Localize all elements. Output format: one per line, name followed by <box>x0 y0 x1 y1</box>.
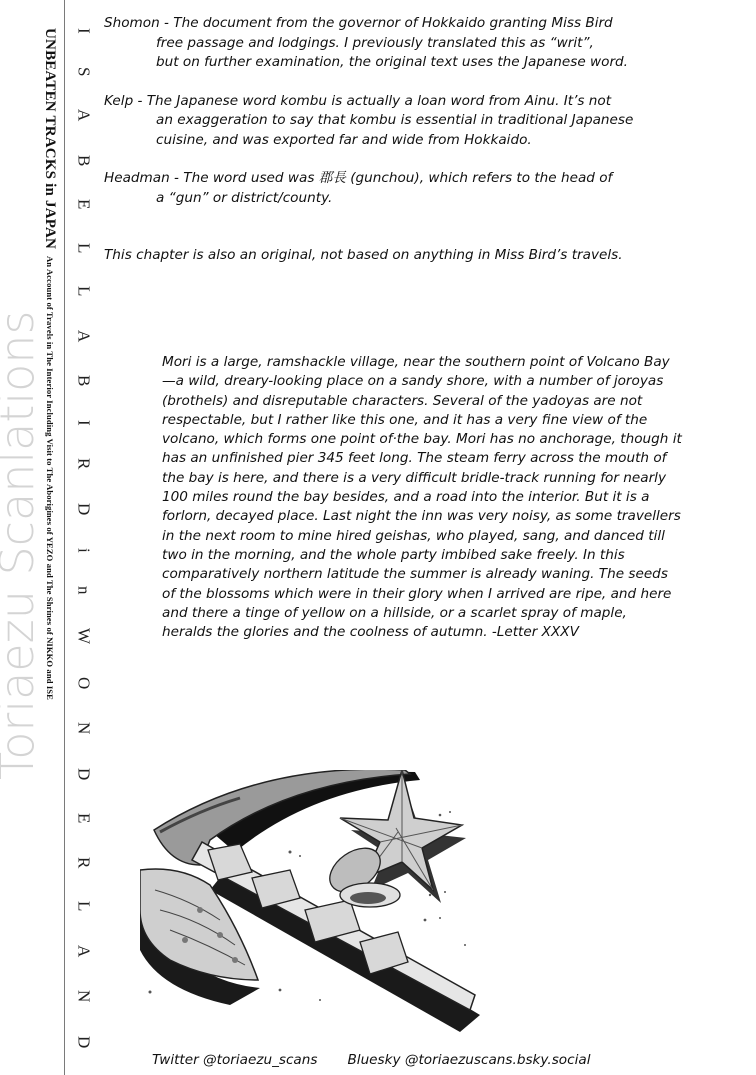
spine-letter: E <box>76 199 93 209</box>
book-title-vertical: UNBEATEN TRACKS in JAPAN An Account of T… <box>41 28 59 700</box>
spine-letter: A <box>76 109 93 121</box>
spine-letter: D <box>76 768 93 780</box>
note-text: a “gun” or district/county. <box>104 189 744 209</box>
spine-letter: A <box>76 330 93 342</box>
spine-letter: L <box>76 286 93 296</box>
spine-letter: I <box>76 28 93 34</box>
quote-line: forlorn, decayed place. Last night the i… <box>162 507 752 526</box>
quote-line: in the next room to mine hired geishas, … <box>162 527 752 546</box>
book-spine: Toriaezu Scanlations UNBEATEN TRACKS in … <box>0 0 64 1075</box>
note-shomon: Shomon - The document from the governor … <box>104 14 744 73</box>
spine-letter: N <box>76 990 93 1002</box>
note-kelp: Kelp - The Japanese word kombu is actual… <box>104 92 744 151</box>
spine-letter: R <box>76 458 93 469</box>
translation-notes: Shomon - The document from the governor … <box>104 14 744 285</box>
quote-line: —a wild, dreary-looking place on a sandy… <box>162 372 752 391</box>
book-subtitle: An Account of Travels in The Interior In… <box>45 256 55 700</box>
twitter-handle: Twitter @toriaezu_scans <box>152 1052 317 1068</box>
note-headman: Headman - The word used was 郡長 (gunchou)… <box>104 169 744 208</box>
quote-line: (brothels) and disreputable characters. … <box>162 392 752 411</box>
spine-letter: L <box>76 901 93 911</box>
sickle-shell-illustration <box>140 770 550 1040</box>
note-text: free passage and lodgings. I previously … <box>104 34 744 54</box>
quote-line: and there a tinge of yellow on a hillsid… <box>162 604 752 623</box>
spine-letter: D <box>76 503 93 515</box>
note-text: an exaggeration to say that kombu is ess… <box>104 111 744 131</box>
note-text: but on further examination, the original… <box>104 53 744 73</box>
spine-divider <box>64 0 65 1075</box>
quote-line: heralds the glories and the coolness of … <box>162 623 752 642</box>
spine-letter: D <box>76 1036 93 1048</box>
quote-line: of the blossoms which were in their glor… <box>162 585 752 604</box>
credits-footer: Twitter @toriaezu_scansBluesky @toriaezu… <box>152 1052 590 1068</box>
spine-letter: B <box>76 375 93 386</box>
letter-quote: Mori is a large, ramshackle village, nea… <box>162 353 752 642</box>
note-text: Shomon - The document from the governor … <box>104 14 744 34</box>
quote-line: two in the morning, and the whole party … <box>162 546 752 565</box>
quote-line: comparatively northern latitude the summ… <box>162 565 752 584</box>
quote-line: has an unfinished pier 345 feet long. Th… <box>162 449 752 468</box>
spine-letter: i <box>76 548 93 553</box>
spine-letter: R <box>76 857 93 868</box>
spine-letter: L <box>76 243 93 253</box>
note-text: Kelp - The Japanese word kombu is actual… <box>104 92 744 112</box>
spine-letter: W <box>76 628 93 644</box>
quote-line: the bay is here, and there is a very dif… <box>162 469 752 488</box>
quote-line: volcano, which forms one point of·the ba… <box>162 430 752 449</box>
spine-letter: I <box>76 420 93 426</box>
note-text: Headman - The word used was 郡長 (gunchou)… <box>104 169 744 189</box>
spine-letter: N <box>76 722 93 734</box>
spine-letter: S <box>76 67 93 76</box>
quote-line: Mori is a large, ramshackle village, nea… <box>162 353 752 372</box>
spine-letter: A <box>76 945 93 957</box>
chapter-note: This chapter is also an original, not ba… <box>104 246 744 266</box>
spine-letter: n <box>76 586 93 595</box>
quote-line: respectable, but I rather like this one,… <box>162 411 752 430</box>
author-title-spaced: I S A B E L L A B I R D i n W O N D E R … <box>66 28 102 1048</box>
spine-letter: O <box>76 677 93 689</box>
note-text: cuisine, and was exported far and wide f… <box>104 131 744 151</box>
bluesky-handle: Bluesky @toriaezuscans.bsky.social <box>347 1052 590 1068</box>
scanlation-watermark: Toriaezu Scanlations <box>0 280 40 780</box>
quote-line: 100 miles round the bay besides, and a r… <box>162 488 752 507</box>
spine-letter: B <box>76 155 93 166</box>
book-title: UNBEATEN TRACKS in JAPAN <box>42 28 58 249</box>
spine-letter: E <box>76 813 93 823</box>
